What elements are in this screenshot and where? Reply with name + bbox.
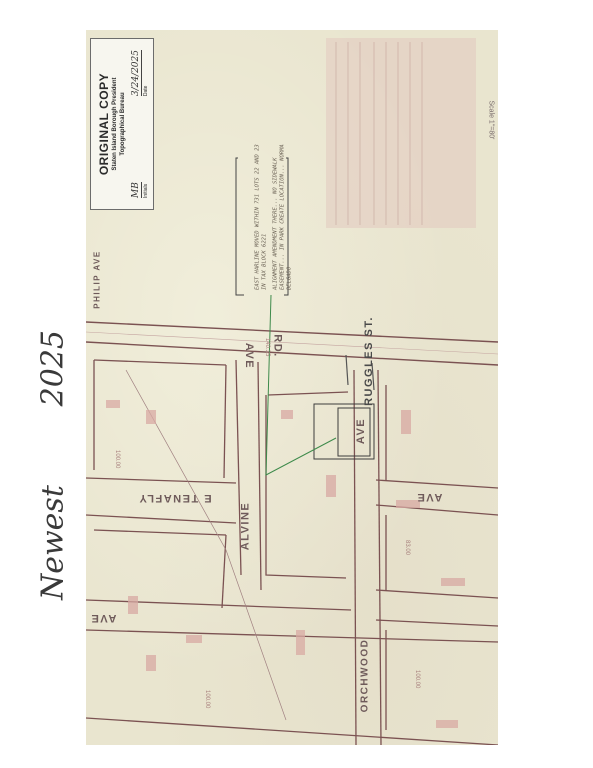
street-label-ave-1: AVE bbox=[243, 343, 255, 369]
street-label-ruggles: RUGGLES ST. bbox=[363, 316, 375, 406]
stamp-agency: Staten Island Borough President bbox=[111, 44, 119, 204]
svg-text:100.00: 100.00 bbox=[114, 450, 120, 469]
street-label-rd: RD. bbox=[272, 334, 284, 357]
stamp-initials-label: Initials bbox=[141, 182, 149, 198]
street-label-ave-3: AVE bbox=[416, 491, 442, 503]
stamp-initials-value: MB bbox=[131, 182, 141, 198]
map-scale: Scale 1"=80' bbox=[481, 90, 498, 150]
handwritten-note: Newest 2025 bbox=[8, 330, 98, 600]
scanned-map-page: 140.35 100.00 83.00 100.00 100.00 ORIGIN… bbox=[86, 30, 498, 745]
map-annotation-note: EAST HARLINE MOVED WITHIN 731 LOTS 22 AN… bbox=[236, 135, 316, 295]
svg-text:140.35: 140.35 bbox=[264, 338, 270, 357]
street-label-philip: PHILIP AVE bbox=[93, 250, 102, 308]
stamp-bureau: Topographical Bureau bbox=[119, 44, 127, 204]
street-label-ave-4: AVE bbox=[90, 612, 116, 624]
annotation-2: ALIGNMENT AMENDMENT THERE... NO SIDEWALK… bbox=[273, 140, 294, 290]
svg-text:100.00: 100.00 bbox=[204, 690, 210, 709]
handwritten-year: 2025 bbox=[36, 330, 71, 406]
handwritten-word: Newest bbox=[36, 485, 71, 600]
street-label-alvine: ALVINE bbox=[239, 502, 251, 551]
svg-text:100.00: 100.00 bbox=[414, 670, 420, 689]
street-label-e-tenafly: E TENAFLY bbox=[138, 492, 212, 504]
svg-text:83.00: 83.00 bbox=[404, 540, 410, 556]
street-label-ave-2: AVE bbox=[355, 418, 367, 444]
stamp-date-value: 3/24/2025 bbox=[131, 50, 141, 96]
stamp-title: ORIGINAL COPY bbox=[97, 44, 111, 204]
street-label-orchwood: ORCHWOOD bbox=[359, 639, 370, 713]
original-copy-stamp: ORIGINAL COPY Staten Island Borough Pres… bbox=[90, 38, 154, 210]
scale-text: Scale 1"=80' bbox=[488, 100, 495, 139]
annotation-1: EAST HARLINE MOVED WITHIN 731 LOTS 22 AN… bbox=[255, 140, 269, 290]
stamp-date-label: Date bbox=[141, 50, 149, 96]
